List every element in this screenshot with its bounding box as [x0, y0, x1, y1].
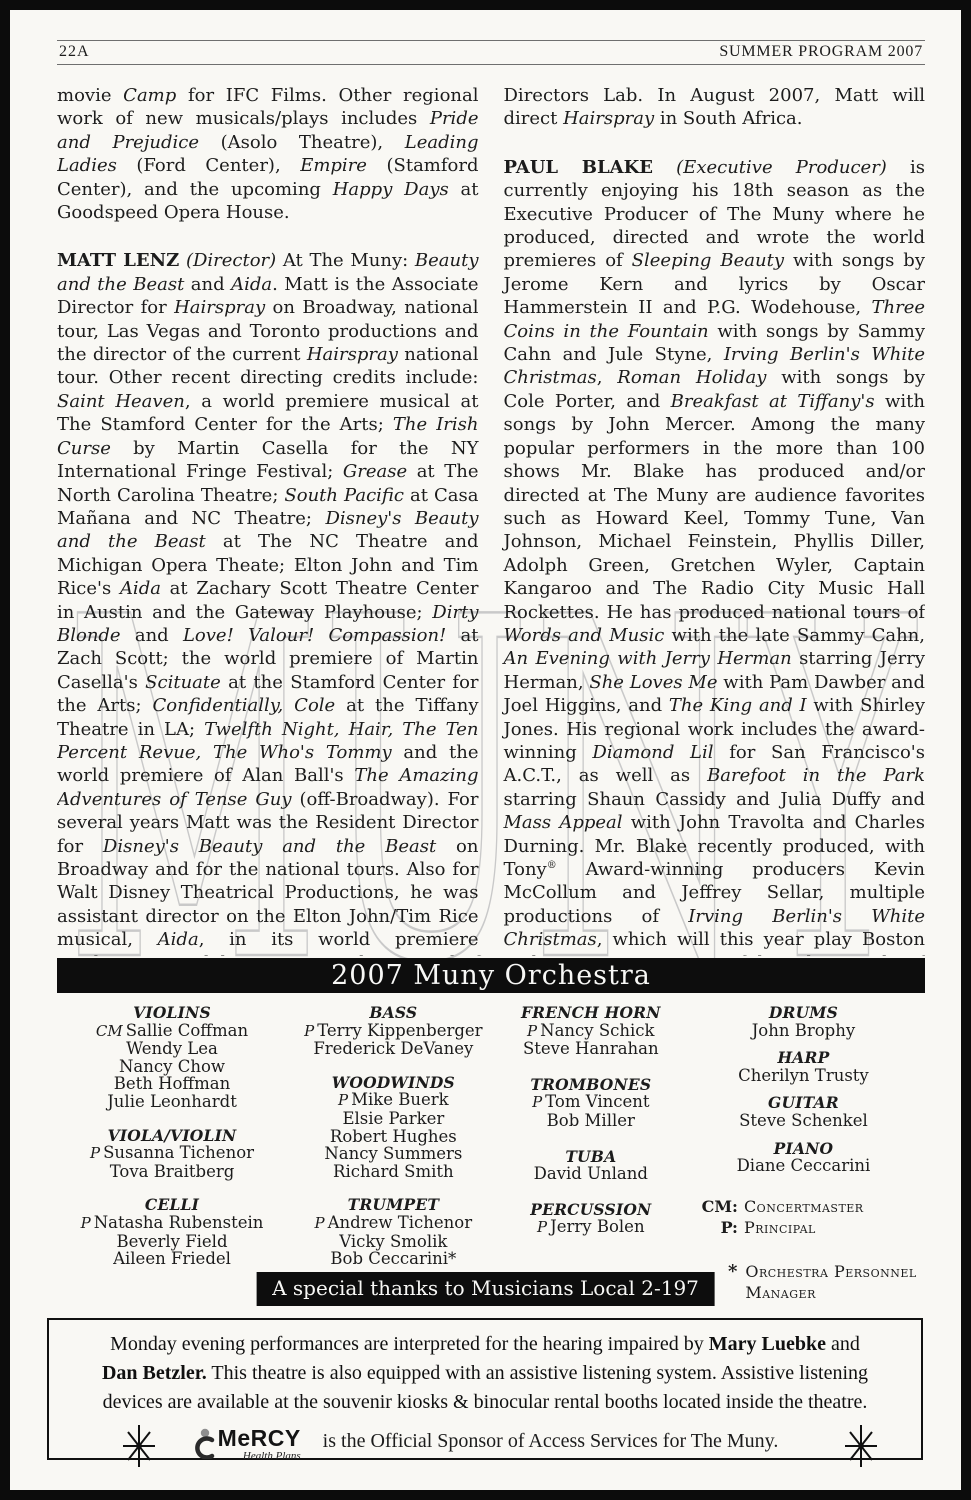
instrument-heading: CELLI [57, 1196, 287, 1214]
musician-name: David Unland [500, 1165, 682, 1183]
chair-prefix: P [90, 1144, 100, 1162]
orchestra-column-brass: FRENCH HORNPNancy SchickSteve HanrahanTR… [500, 1004, 682, 1303]
orchestra-section: 2007 Muny Orchestra VIOLINSCMSallie Coff… [57, 958, 925, 1303]
chair-prefix: P [304, 1022, 314, 1040]
instrument-heading: VIOLA/VIOLIN [57, 1127, 287, 1145]
bio-columns: movie Camp for IFC Films. Other regional… [57, 84, 925, 956]
musician-name: PTerry Kippenberger [287, 1022, 500, 1041]
legend-prefix: P: [694, 1218, 738, 1238]
orchestra-column-strings: VIOLINSCMSallie CoffmanWendy LeaNancy Ch… [57, 1004, 287, 1303]
instrument-heading: TRUMPET [287, 1196, 500, 1214]
access-line: devices are available at the souvenir ki… [49, 1388, 921, 1417]
legend-prefix: CM: [694, 1197, 738, 1217]
program-page: MUNY 22A SUMMER PROGRAM 2007 movie Camp … [0, 0, 971, 1500]
legend-label: Concertmaster [744, 1197, 864, 1216]
musician-name: Bob Ceccarini* [287, 1250, 500, 1268]
musician-name: CMSallie Coffman [57, 1022, 287, 1041]
musician-name: Beverly Field [57, 1233, 287, 1251]
musician-name: Richard Smith [287, 1163, 500, 1181]
musician-name: PNancy Schick [500, 1022, 682, 1041]
orchestra-group: TUBADavid Unland [500, 1148, 682, 1183]
legend-entry: P:Principal [694, 1218, 925, 1239]
page-number: 22A [59, 43, 90, 61]
musician-name: Wendy Lea [57, 1040, 287, 1058]
musician-name: Elsie Parker [287, 1110, 500, 1128]
orchestra-columns: VIOLINSCMSallie CoffmanWendy LeaNancy Ch… [57, 1004, 925, 1303]
musician-name: Aileen Friedel [57, 1250, 287, 1268]
mercy-brand-text: MeRCY [218, 1427, 301, 1449]
musician-name: John Brophy [682, 1022, 925, 1040]
musician-name: Nancy Chow [57, 1058, 287, 1076]
instrument-heading: FRENCH HORN [500, 1004, 682, 1022]
orchestra-group: HARPCherilyn Trusty [682, 1049, 925, 1084]
page-header: 22A SUMMER PROGRAM 2007 [57, 40, 925, 65]
musician-name: PSusanna Tichenor [57, 1144, 287, 1163]
orchestra-group: WOODWINDSPMike BuerkElsie ParkerRobert H… [287, 1074, 500, 1181]
sponsor-center: MeRCY Health Plans is the Official Spons… [49, 1418, 921, 1470]
right-column: Directors Lab. In August 2007, Matt will… [504, 84, 926, 956]
orchestra-column-winds: BASSPTerry KippenbergerFrederick DeVaney… [287, 1004, 500, 1303]
orchestra-group: GUITARSteve Schenkel [682, 1094, 925, 1129]
footnote-symbol: * [728, 1263, 737, 1303]
orchestra-group: CELLIPNatasha RubensteinBeverly FieldAil… [57, 1196, 287, 1267]
musician-name: PNatasha Rubenstein [57, 1214, 287, 1233]
musician-name: Beth Hoffman [57, 1075, 287, 1093]
musician-name: PAndrew Tichenor [287, 1214, 500, 1233]
mercy-logo: MeRCY Health Plans [192, 1427, 301, 1462]
musician-name: Steve Schenkel [682, 1112, 925, 1130]
bio-paragraph: Directors Lab. In August 2007, Matt will… [504, 84, 926, 131]
orchestra-banner: 2007 Muny Orchestra [57, 958, 925, 993]
musician-name: Robert Hughes [287, 1128, 500, 1146]
left-column: movie Camp for IFC Films. Other regional… [57, 84, 479, 956]
mercy-tagline-text: Health Plans [243, 1450, 301, 1462]
musician-name: Bob Miller [500, 1112, 682, 1130]
instrument-heading: PERCUSSION [500, 1201, 682, 1219]
instrument-heading: PIANO [682, 1140, 925, 1158]
mercy-wordmark: MeRCY Health Plans [218, 1427, 301, 1462]
instrument-heading: BASS [287, 1004, 500, 1022]
sponsor-row: MeRCY Health Plans is the Official Spons… [49, 1418, 921, 1470]
program-title: SUMMER PROGRAM 2007 [719, 43, 923, 61]
musician-name: Diane Ceccarini [682, 1157, 925, 1175]
orchestra-group: TRUMPETPAndrew TichenorVicky SmolikBob C… [287, 1196, 500, 1267]
musician-name: Tova Braitberg [57, 1163, 287, 1181]
orchestra-group: VIOLINSCMSallie CoffmanWendy LeaNancy Ch… [57, 1004, 287, 1111]
instrument-heading: TUBA [500, 1148, 682, 1166]
orchestra-group: FRENCH HORNPNancy SchickSteve Hanrahan [500, 1004, 682, 1058]
orchestra-legend: CM:ConcertmasterP:Principal*Orchestra Pe… [682, 1197, 925, 1303]
orchestra-group: BASSPTerry KippenbergerFrederick DeVaney [287, 1004, 500, 1058]
bio-paragraph: MATT LENZ (Director) At The Muny: Beauty… [57, 249, 479, 956]
instrument-heading: GUITAR [682, 1094, 925, 1112]
musician-name: Nancy Summers [287, 1145, 500, 1163]
orchestra-group: DRUMSJohn Brophy [682, 1004, 925, 1039]
legend-footnote: *Orchestra PersonnelManager [694, 1261, 925, 1303]
chair-prefix: P [532, 1093, 542, 1111]
musician-name: Julie Leonhardt [57, 1093, 287, 1111]
chair-prefix: P [338, 1091, 348, 1109]
legend-label: Principal [744, 1218, 816, 1237]
musician-name: PMike Buerk [287, 1091, 500, 1110]
chair-prefix: CM [96, 1022, 123, 1040]
bio-paragraph: PAUL BLAKE (Executive Producer) is curre… [504, 156, 926, 956]
header-rule-bottom [57, 64, 925, 65]
orchestra-group: PIANODiane Ceccarini [682, 1140, 925, 1175]
instrument-heading: HARP [682, 1049, 925, 1067]
sponsor-text: is the Official Sponsor of Access Servic… [323, 1430, 779, 1459]
musicians-thanks-bar: A special thanks to Musicians Local 2-19… [256, 1272, 715, 1306]
orchestra-group: TROMBONESPTom VincentBob Miller [500, 1076, 682, 1130]
instrument-heading: WOODWINDS [287, 1074, 500, 1092]
musician-name: Frederick DeVaney [287, 1040, 500, 1058]
musician-name: Steve Hanrahan [500, 1040, 682, 1058]
chair-prefix: P [537, 1218, 547, 1236]
chair-prefix: P [315, 1214, 325, 1232]
legend-entry: CM:Concertmaster [694, 1197, 925, 1218]
mercy-person-icon [192, 1427, 216, 1459]
musician-name: PJerry Bolen [500, 1218, 682, 1237]
musician-name: Vicky Smolik [287, 1233, 500, 1251]
orchestra-group: VIOLA/VIOLINPSusanna TichenorTova Braitb… [57, 1127, 287, 1181]
access-line: Dan Betzler. This theatre is also equipp… [49, 1359, 921, 1388]
musician-name: Cherilyn Trusty [682, 1067, 925, 1085]
orchestra-column-rhythm: DRUMSJohn BrophyHARPCherilyn TrustyGUITA… [682, 1004, 925, 1303]
orchestra-group: PERCUSSIONPJerry Bolen [500, 1201, 682, 1237]
header-row: 22A SUMMER PROGRAM 2007 [57, 41, 925, 64]
musician-name: PTom Vincent [500, 1093, 682, 1112]
instrument-heading: VIOLINS [57, 1004, 287, 1022]
instrument-heading: DRUMS [682, 1004, 925, 1022]
footnote-text: Orchestra PersonnelManager [745, 1261, 916, 1303]
bio-paragraph: movie Camp for IFC Films. Other regional… [57, 84, 479, 224]
starburst-icon [843, 1424, 879, 1468]
access-line: Monday evening performances are interpre… [49, 1330, 921, 1359]
chair-prefix: P [81, 1214, 91, 1232]
instrument-heading: TROMBONES [500, 1076, 682, 1094]
chair-prefix: P [527, 1022, 537, 1040]
accessibility-box: Monday evening performances are interpre… [47, 1318, 923, 1460]
